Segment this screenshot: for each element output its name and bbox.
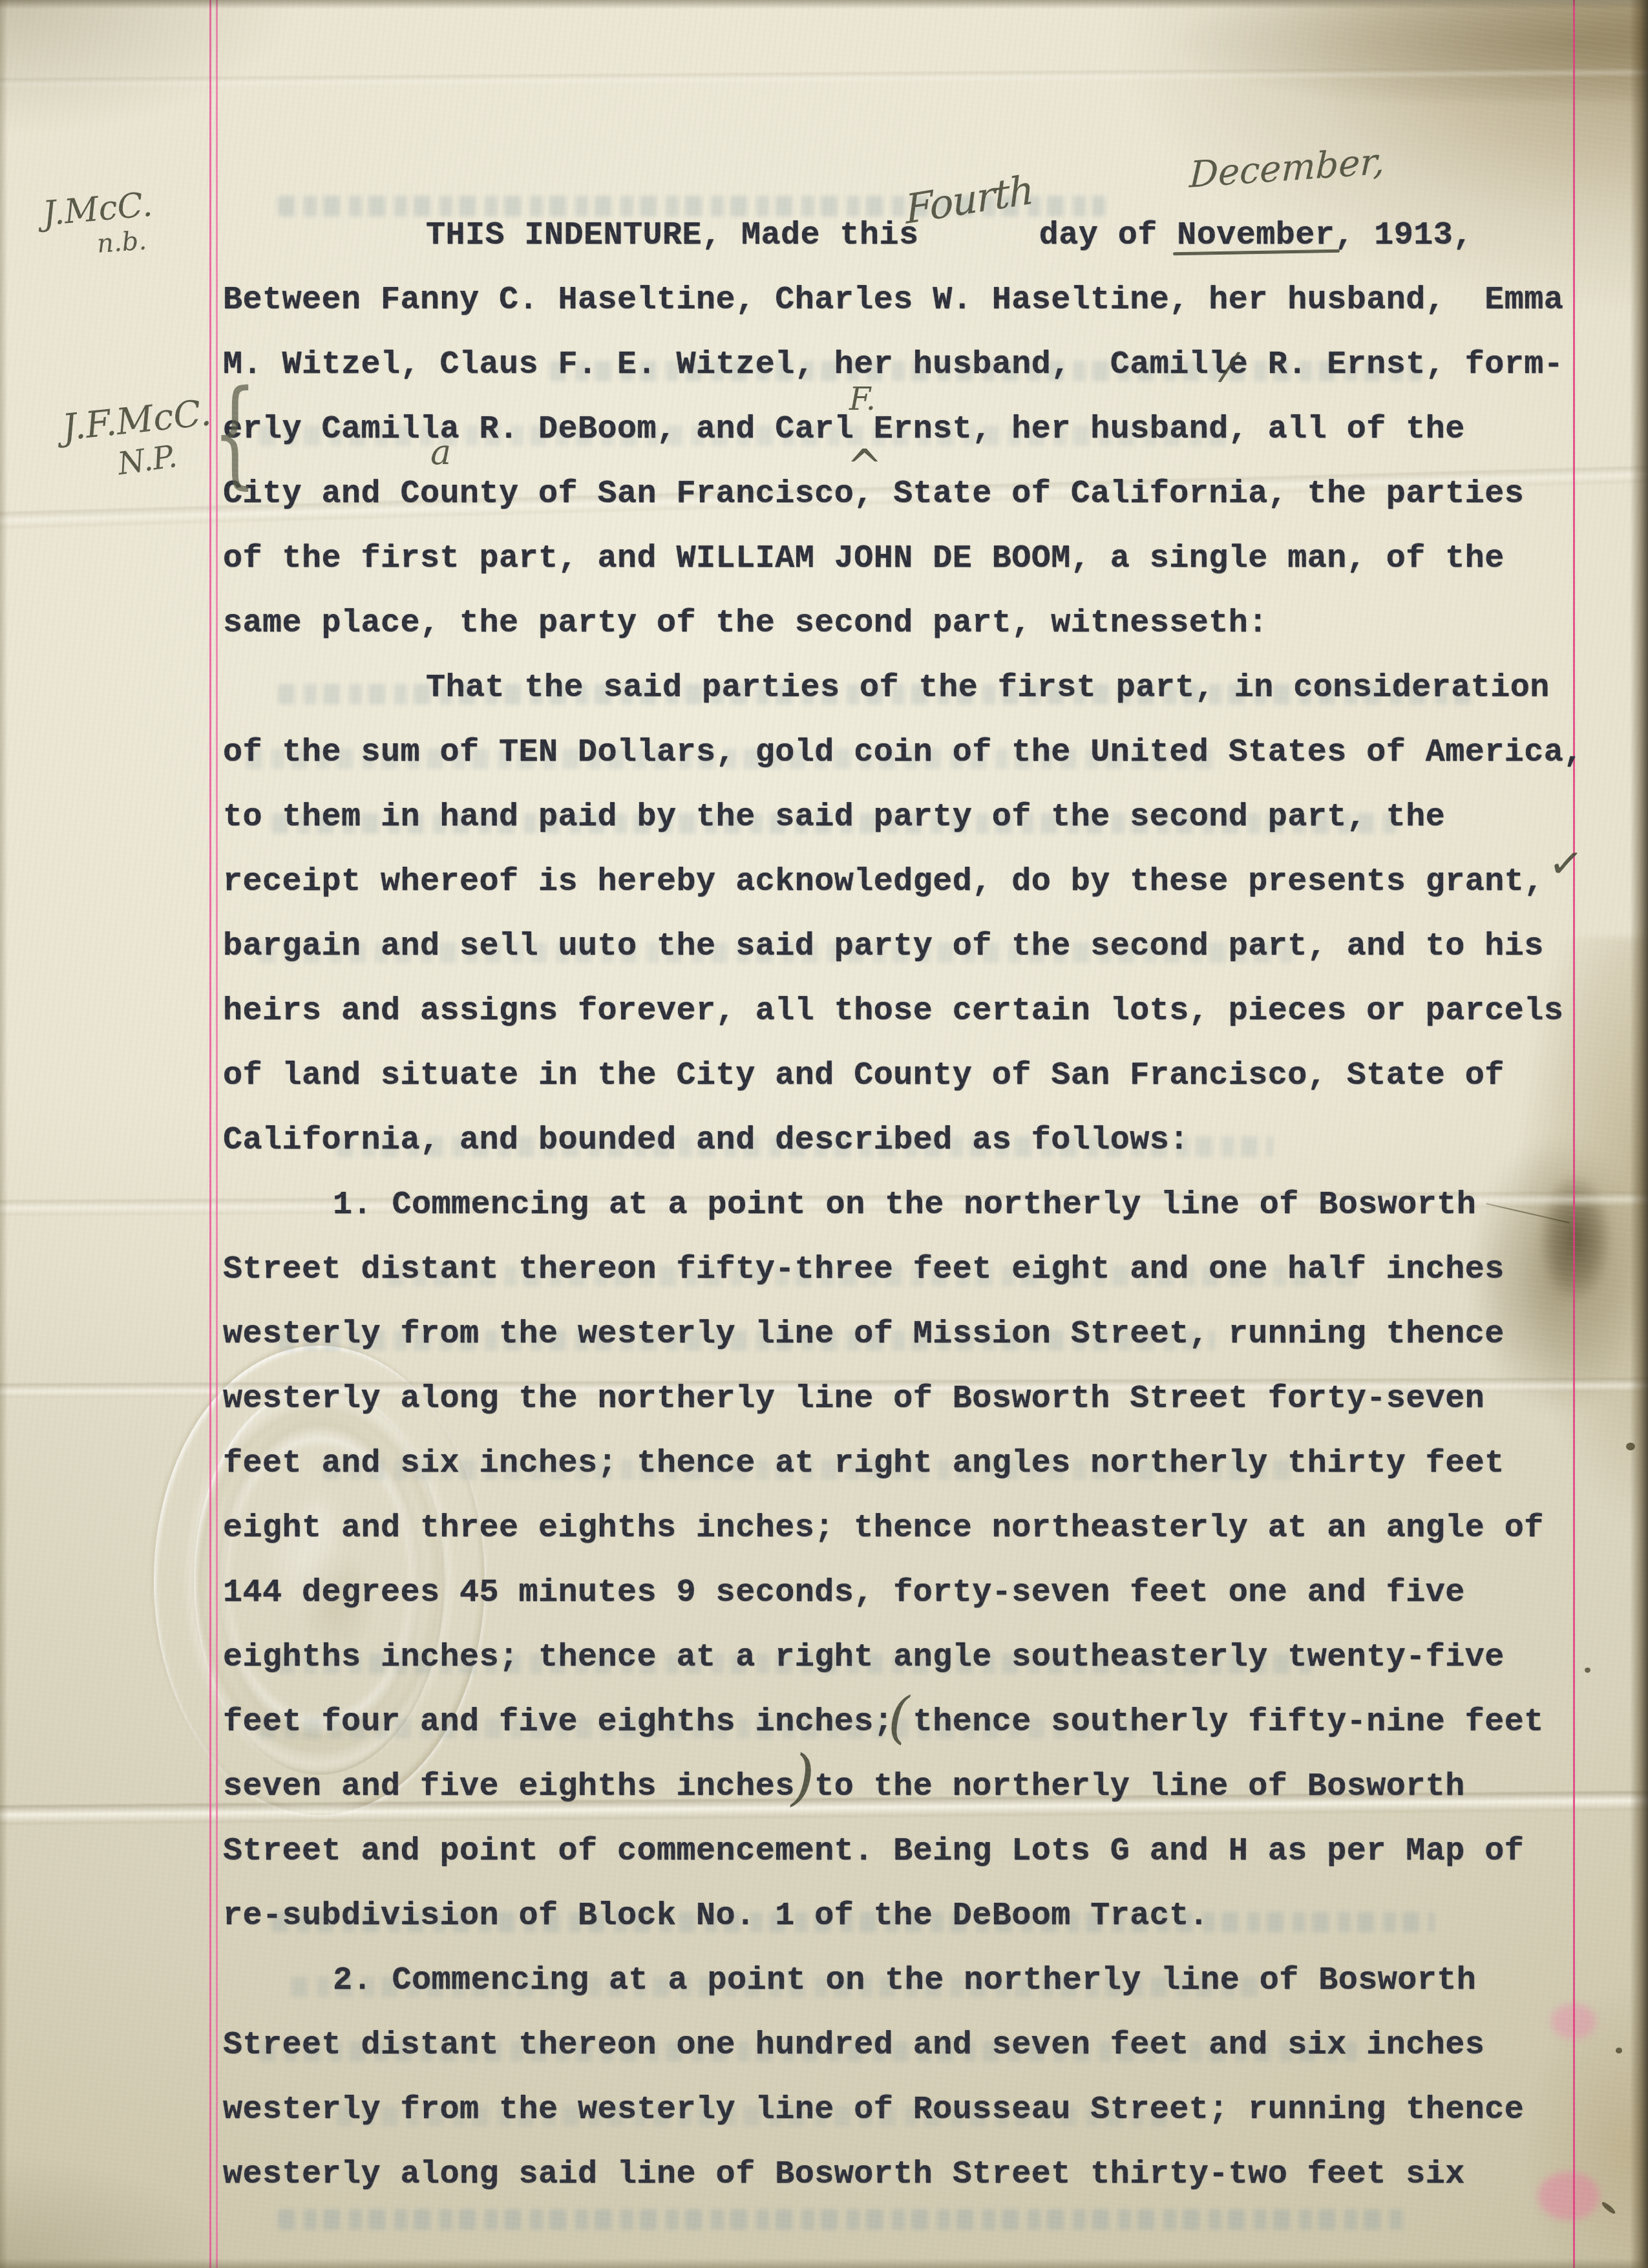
struck-month: November [1177, 217, 1335, 254]
typed-line: westerly from the westerly line of Rouss… [223, 2078, 1524, 2143]
typed-line: bargain and sell uuto the said party of … [223, 915, 1544, 979]
bleedthrough-text [278, 2209, 1409, 2230]
opening-suffix: , 1913, [1335, 217, 1473, 254]
typed-line: erly Camilla R. DeBoom, and Carl Ernst, … [223, 397, 1465, 462]
paper-speck [1585, 1668, 1590, 1673]
typed-line: Between Fanny C. Haseltine, Charles W. H… [223, 268, 1563, 333]
typed-line: 144 degrees 45 minutes 9 seconds, forty-… [223, 1561, 1465, 1626]
handwritten-margin-note-top: n.b. [96, 226, 147, 259]
typed-line: eight and three eighths inches; thence n… [223, 1496, 1544, 1561]
paper-edge-right [1630, 0, 1648, 2268]
handwritten-open-paren: ( [888, 1686, 910, 1750]
typed-line: receipt whereof is hereby acknowledged, … [223, 850, 1544, 915]
typed-line: feet four and five eighths inches; thenc… [223, 1690, 1544, 1755]
paper-edge-top [0, 0, 1648, 9]
paper-speck [1616, 2048, 1622, 2053]
typed-line: of the first part, and WILLIAM JOHN DE B… [223, 527, 1505, 591]
typed-line: to them in hand paid by the said party o… [223, 785, 1445, 850]
opening-mid: day of [1039, 217, 1178, 254]
typed-line: M. Witzel, Claus F. E. Witzel, her husba… [223, 333, 1563, 397]
right-margin-rule [1573, 0, 1575, 2268]
typed-line-opening: THIS INDENTURE, Made thisday of November… [223, 204, 1473, 268]
typed-line: 1. Commencing at a point on the northerl… [223, 1173, 1476, 1238]
handwritten-close-paren: ) [791, 1743, 815, 1813]
aging-shadow-top-band [743, 4, 1648, 101]
typed-line: feet and six inches; thence at right ang… [223, 1432, 1505, 1496]
typed-line: Street and point of commencement. Being … [223, 1819, 1524, 1884]
paper-edge-left [0, 0, 8, 2268]
typed-line: westerly along said line of Bosworth Str… [223, 2143, 1465, 2207]
handwritten-inserted-initial: F. [849, 381, 876, 418]
typed-line: 2. Commencing at a point on the northerl… [223, 1949, 1476, 2013]
typed-line: westerly from the westerly line of Missi… [223, 1302, 1505, 1367]
handwritten-margin-initials-mid: J.F.McC. [60, 392, 213, 449]
typed-line: of the sum of TEN Dollars, gold coin of … [223, 721, 1583, 785]
scanned-document-page: THIS INDENTURE, Made thisday of November… [0, 0, 1648, 2268]
handwritten-caret: ^ [847, 440, 882, 494]
typed-line: same place, the party of the second part… [223, 591, 1268, 656]
typed-line: re-subdivision of Block No. 1 of the DeB… [223, 1884, 1209, 1949]
pink-smudge [1538, 2172, 1600, 2220]
typed-line: Street distant thereon fifty-three feet … [223, 1238, 1505, 1302]
handwritten-margin-brace: { [213, 366, 257, 501]
handwritten-correction-letter: a [430, 432, 451, 472]
left-margin-rule-inner [216, 0, 218, 2268]
paper-edge-bottom [0, 2258, 1648, 2268]
typed-line: seven and five eighths inches to the nor… [223, 1755, 1465, 1819]
typed-line: heirs and assigns forever, all those cer… [223, 979, 1563, 1044]
handwritten-margin-note-mid: N.P. [116, 438, 180, 482]
typed-line: Street distant thereon one hundred and s… [223, 2013, 1484, 2078]
typed-line: westerly along the northerly line of Bos… [223, 1367, 1484, 1432]
typed-line: of land situate in the City and County o… [223, 1044, 1505, 1108]
handwritten-check-mark: ✓ [1546, 838, 1585, 889]
opening-prefix: THIS INDENTURE, Made this [426, 217, 919, 254]
left-margin-rule-outer [209, 0, 211, 2268]
typed-line: That the said parties of the first part,… [223, 656, 1550, 721]
typed-line: California, and bounded and described as… [223, 1108, 1189, 1173]
typed-line: eighths inches; thence at a right angle … [223, 1626, 1505, 1690]
